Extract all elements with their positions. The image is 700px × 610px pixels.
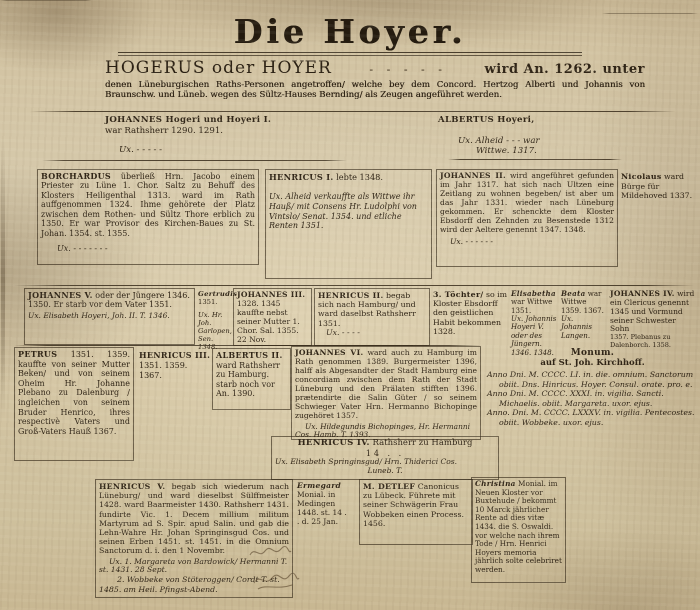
person-note: Elisabetha war Wittwe 1351. <box>511 290 559 315</box>
person-petrus: PETRUS 1351. 1359. kauffte von seiner Mu… <box>14 347 134 461</box>
person-borchardus: BORCHARDUS überließ Hrn. Jacobo einem Pr… <box>37 169 259 265</box>
person-nicolaus: Nicolaus ward Bürge für Mildehoved 1337. <box>621 172 698 201</box>
person-johannes-3: JOHANNES III. 1328. 1345 kauffte nebst s… <box>233 288 312 346</box>
person-johannes-4: JOHANNES IV. wird ein Clericus genennt 1… <box>610 290 697 350</box>
monuments-subtitle: auf St. Joh. Kirchhoff. <box>487 358 698 368</box>
person-henricus-3: HENRICUS III. 1351. 1359. 1367. <box>139 350 211 381</box>
person-name: BORCHARDUS <box>41 171 111 181</box>
person-name: ALBERTUS Hoyeri, <box>438 115 653 126</box>
person-name: JOHANNES III. <box>237 290 305 299</box>
person-three-daughters: 3. Töchter/ so im Kloster Ebsdorff den g… <box>433 290 510 336</box>
divider <box>14 285 694 286</box>
person-name: JOHANNES VI. <box>295 348 363 357</box>
person-note: Beata war Wittwe 1359. 1367. <box>561 290 606 315</box>
person-henricus-4: HENRICUS IV. Rathsherr zu Hamburg 14 . .… <box>271 436 499 480</box>
intro-first-line: HOGERUS oder HOYER - - - - - wird An. 12… <box>105 58 645 78</box>
person-name: 3. Töchter/ <box>433 290 484 299</box>
person-name: Nicolaus <box>621 172 662 181</box>
progenitor-name: HOGERUS oder HOYER <box>105 58 332 78</box>
person-name: HENRICUS IV. <box>298 438 370 448</box>
spouse-line: Luneb. T. <box>275 467 495 476</box>
intro-year-phrase: wird An. 1262. unter <box>485 62 645 77</box>
intro-body-text: denen Lüneburgischen Raths-Personen ange… <box>105 80 645 101</box>
spouse-line: Ux. Johannis Langen. <box>561 315 606 340</box>
person-name: HENRICUS I. <box>269 172 334 182</box>
person-name: HENRICUS II. <box>318 291 384 300</box>
dash-filler: - - - - - <box>369 63 447 76</box>
person-note: JOHANNES II. wird angeführet gefunden im… <box>440 172 614 235</box>
descent-bracket <box>42 160 347 161</box>
person-name: HENRICUS III. <box>139 350 210 360</box>
person-johannes-6: JOHANNES VI. ward auch zu Hamburg im Rat… <box>291 346 481 440</box>
spouse-line: Ux. - - - - <box>326 328 426 337</box>
spouse-line: Ux. Alheid - - - war <box>458 136 653 147</box>
person-detlef: M. DETLEF Canonicus zu Lübeck. Führete m… <box>359 479 473 545</box>
handwritten-annotation <box>252 568 300 592</box>
person-name: JOHANNES II. <box>440 171 506 180</box>
page-fold-shadow <box>1 140 5 420</box>
person-name: Ermegard <box>297 481 341 490</box>
scanned-genealogy-page: Die Hoyer. HOGERUS oder HOYER - - - - - … <box>0 0 700 610</box>
person-name: JOHANNES IV. <box>610 289 675 298</box>
handwritten-annotation <box>248 543 292 563</box>
person-name: M. DETLEF <box>363 482 415 491</box>
person-johannes-2: JOHANNES II. wird angeführet gefunden im… <box>436 169 618 267</box>
person-albertus-1: ALBERTUS Hoyeri, Ux. Alheid - - - war Wi… <box>438 115 653 157</box>
divider <box>30 111 675 112</box>
divider <box>0 0 92 1</box>
spouse-line: Ux. - - - - - - <box>450 238 614 247</box>
monument-entry: Anno Dni. M. CCCC. XXXI. in. vigilia. Sa… <box>487 389 698 408</box>
person-note: HENRICUS II. begab sich nach Hamburg/ un… <box>318 291 426 328</box>
person-name: ALBERTUS II. <box>216 350 283 360</box>
person-name: Gertrudis <box>198 290 237 298</box>
person-christina: Christina Monial. im Neuen Kloster vor B… <box>471 477 566 583</box>
person-name: JOHANNES V. <box>28 290 93 300</box>
person-albertus-2: ALBERTUS II. ward Rathsherr zu Hamburg. … <box>212 348 291 410</box>
person-name: HENRICUS V. <box>99 482 165 491</box>
person-note: HENRICUS I. lebte 1348. <box>269 172 428 182</box>
person-note: PETRUS 1351. 1359. kauffte von seiner Mu… <box>18 350 130 436</box>
person-note: JOHANNES V. oder der Jüngere 1346. 1350.… <box>28 291 191 310</box>
spouse-line: Ux. Alheid verkauffte als Wittwe ihr Hau… <box>269 192 428 231</box>
person-henricus-2: HENRICUS II. begab sich nach Hamburg/ un… <box>314 288 430 346</box>
intro-paragraph: HOGERUS oder HOYER - - - - - wird An. 12… <box>105 58 645 101</box>
person-gertrudis: Gertrudis 1351. Ux. Hr. Joh. Garlopen, S… <box>198 290 232 351</box>
monuments-section: Monum. auf St. Joh. Kirchhoff. Anno Dni.… <box>487 348 698 427</box>
person-note: BORCHARDUS überließ Hrn. Jacobo einem Pr… <box>41 172 255 238</box>
monuments-title: Monum. <box>487 348 698 358</box>
person-ermegard: Ermegard Monial. in Medingen 1448. st. 1… <box>297 481 349 526</box>
person-name: JOHANNES Hogeri und Hoyeri I. <box>105 115 385 126</box>
page-title: Die Hoyer. <box>0 12 700 51</box>
person-note: Gertrudis 1351. <box>198 290 232 306</box>
person-note: HENRICUS IV. Rathsherr zu Hamburg <box>275 439 495 449</box>
title-underline <box>118 52 582 56</box>
spouse-line: Wittwe. 1317. <box>476 146 653 157</box>
descent-bracket <box>448 159 622 160</box>
spouse-line: Ux. - - - - - <box>119 145 385 156</box>
person-beata: Beata war Wittwe 1359. 1367. Ux. Johanni… <box>561 290 606 340</box>
person-name: PETRUS <box>18 349 57 359</box>
monument-entry: Anno. Dni. M. CCCC. LXXXV. in. vigilia. … <box>487 408 698 427</box>
person-elisabetha: Elisabetha war Wittwe 1351. Ux. Johannis… <box>511 290 559 357</box>
monument-entry: Anno Dni. M. CCCC. LI. in. die. omnium. … <box>487 370 698 389</box>
person-note: war Rathsherr 1290. 1291. <box>105 126 385 137</box>
person-johannes-5: JOHANNES V. oder der Jüngere 1346. 1350.… <box>24 288 195 345</box>
spouse-line: Ux. - - - - - - - <box>57 244 255 253</box>
person-johannes-1: JOHANNES Hogeri und Hoyeri I. war Rathsh… <box>105 115 385 156</box>
person-note: JOHANNES VI. ward auch zu Hamburg im Rat… <box>295 349 477 421</box>
person-note: JOHANNES IV. wird ein Clericus genennt 1… <box>610 290 697 334</box>
spouse-line: Ux. Elisabeth Hoyeri, Joh. II. T. 1346. <box>28 312 191 321</box>
person-henricus-1: HENRICUS I. lebte 1348. Ux. Alheid verka… <box>265 169 432 279</box>
